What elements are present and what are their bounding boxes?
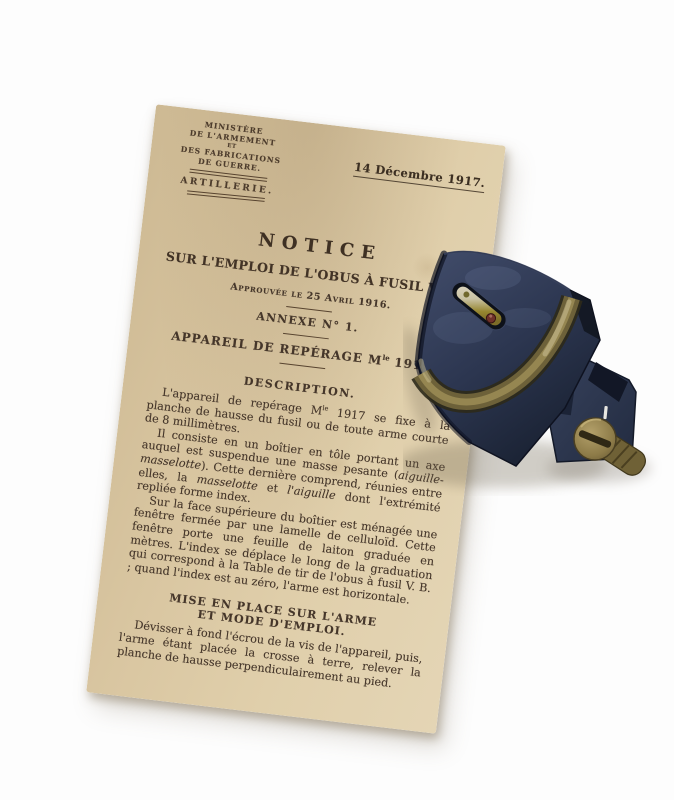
divider-rule [279, 363, 325, 369]
reperage-device [403, 236, 667, 496]
apparatus-heading-text: APPAREIL DE REPÉRAGE M [171, 329, 383, 368]
divider-rule [283, 333, 329, 339]
divider-rule [286, 306, 332, 312]
date-stamp: 14 Décembre 1917. [353, 160, 486, 193]
paragraph-text: et [257, 480, 288, 496]
ministry-block: MINISTÈRE DE L'ARMEMENT ET DES FABRICATI… [158, 116, 302, 209]
photo-scene: MINISTÈRE DE L'ARMEMENT ET DES FABRICATI… [0, 0, 674, 800]
